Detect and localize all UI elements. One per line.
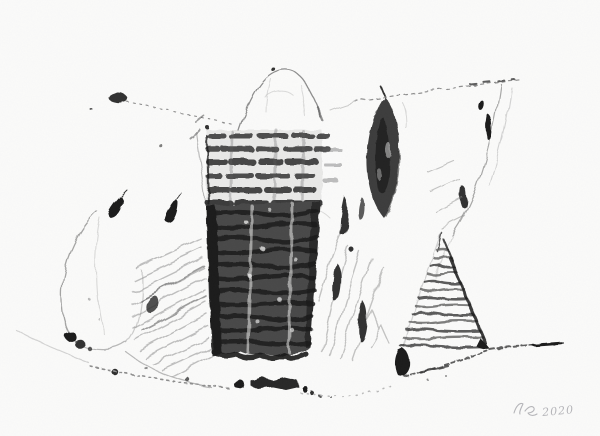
paper-grain-overlay	[0, 0, 600, 436]
artwork-frame: 2020	[0, 0, 600, 436]
artwork-canvas: 2020	[0, 0, 600, 436]
